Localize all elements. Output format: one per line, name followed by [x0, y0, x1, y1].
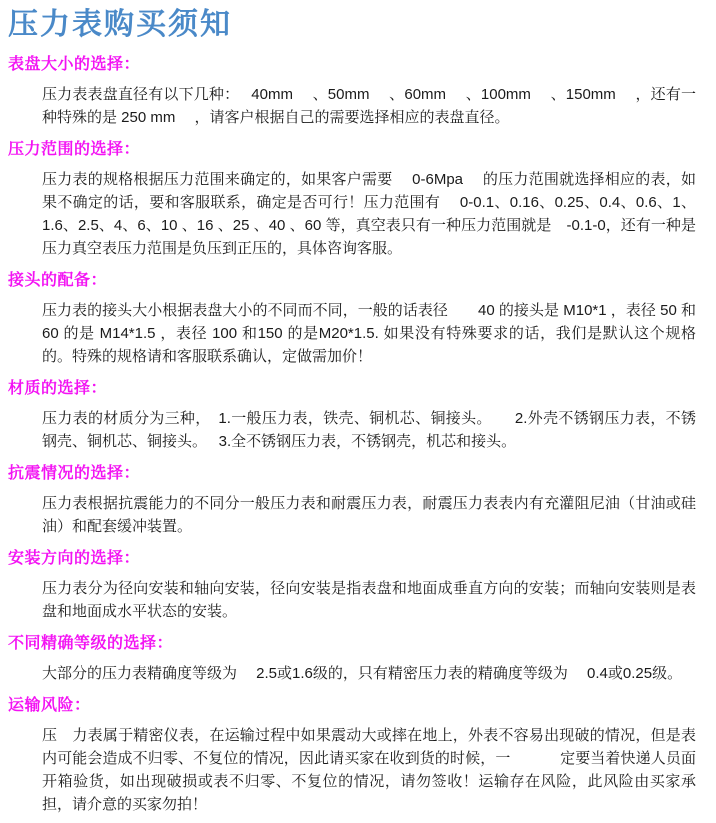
- section-heading: 材质的选择：: [8, 380, 696, 398]
- section-heading: 压力范围的选择：: [8, 141, 696, 159]
- notice-section: 不同精确等级的选择： 大部分的压力表精确度等级为 2.5或1.6级的，只有精密压…: [8, 635, 696, 685]
- section-heading: 不同精确等级的选择：: [8, 635, 696, 653]
- section-body-text: 压力表表盘直径有以下几种： 40mm 、50mm 、60mm 、100mm 、1…: [42, 83, 696, 129]
- page-title: 压力表购买须知: [8, 6, 696, 44]
- notice-section: 安装方向的选择： 压力表分为径向安装和轴向安装，径向安装是指表盘和地面成垂直方向…: [8, 550, 696, 623]
- section-body-text: 压力表的规格根据压力范围来确定的，如果客户需要 0-6Mpa 的压力范围就选择相…: [42, 168, 696, 260]
- section-body-text: 压 力表属于精密仪表，在运输过程中如果震动大或摔在地上，外表不容易出现破的情况，…: [42, 724, 696, 816]
- notice-section: 压力范围的选择： 压力表的规格根据压力范围来确定的，如果客户需要 0-6Mpa …: [8, 141, 696, 260]
- section-body-text: 压力表的材质分为三种， 1.一般压力表，铁壳、铜机芯、铜接头。 2.外壳不锈钢压…: [42, 407, 696, 453]
- section-body-text: 压力表的接头大小根据表盘大小的不同而不同，一般的话表径 40 的接头是 M10*…: [42, 299, 696, 368]
- section-heading: 表盘大小的选择：: [8, 56, 696, 74]
- section-body-text: 压力表分为径向安装和轴向安装，径向安装是指表盘和地面成垂直方向的安装；而轴向安装…: [42, 577, 696, 623]
- notice-section: 抗震情况的选择： 压力表根据抗震能力的不同分一般压力表和耐震压力表，耐震压力表表…: [8, 465, 696, 538]
- section-heading: 抗震情况的选择：: [8, 465, 696, 483]
- sections-container: 表盘大小的选择： 压力表表盘直径有以下几种： 40mm 、50mm 、60mm …: [8, 56, 696, 816]
- notice-section: 运输风险： 压 力表属于精密仪表，在运输过程中如果震动大或摔在地上，外表不容易出…: [8, 697, 696, 816]
- section-body-text: 大部分的压力表精确度等级为 2.5或1.6级的，只有精密压力表的精确度等级为 0…: [42, 662, 696, 685]
- section-heading: 运输风险：: [8, 697, 696, 715]
- purchase-notes-document: 压力表购买须知 表盘大小的选择： 压力表表盘直径有以下几种： 40mm 、50m…: [0, 0, 716, 823]
- section-heading: 安装方向的选择：: [8, 550, 696, 568]
- notice-section: 表盘大小的选择： 压力表表盘直径有以下几种： 40mm 、50mm 、60mm …: [8, 56, 696, 129]
- section-heading: 接头的配备：: [8, 272, 696, 290]
- notice-section: 材质的选择： 压力表的材质分为三种， 1.一般压力表，铁壳、铜机芯、铜接头。 2…: [8, 380, 696, 453]
- notice-section: 接头的配备： 压力表的接头大小根据表盘大小的不同而不同，一般的话表径 40 的接…: [8, 272, 696, 368]
- section-body-text: 压力表根据抗震能力的不同分一般压力表和耐震压力表，耐震压力表表内有充灌阻尼油（甘…: [42, 492, 696, 538]
